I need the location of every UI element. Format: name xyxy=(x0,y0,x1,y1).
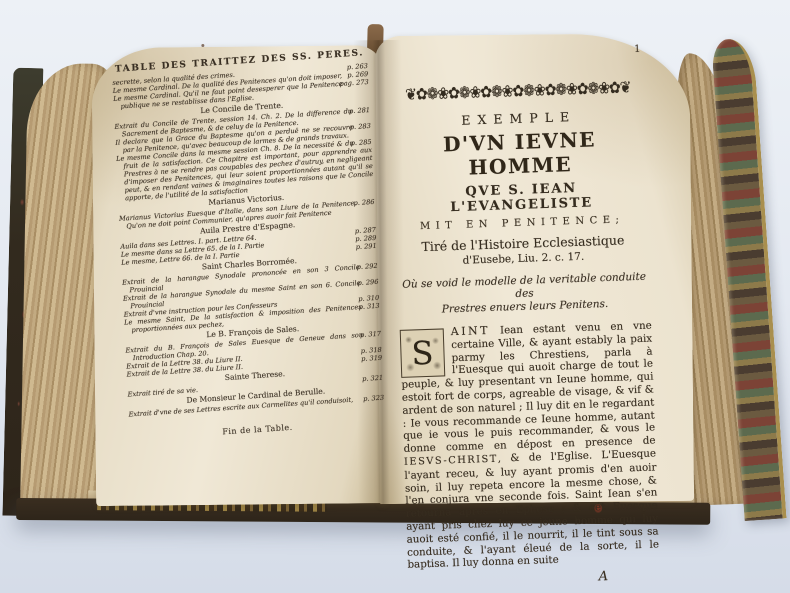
toc-page-number: p. 286 xyxy=(360,198,374,207)
signature-mark: A xyxy=(408,568,660,591)
toc-page-number: p. 319 xyxy=(368,354,382,363)
chapter-page: 1 ❦✿❁❀✿❁❀✿❁❀✿❁❀✿❁❀✿❁❀✿❦ EXEMPLE D'VN IEV… xyxy=(390,42,660,591)
title-line-3: QVE S. IEAN L'EVANGELISTE xyxy=(395,179,648,217)
table-of-contents: TABLE DES TRAITTEZ DES SS. PERES. p. 263… xyxy=(112,48,386,443)
photo-background: TABLE DES TRAITTEZ DES SS. PERES. p. 263… xyxy=(0,0,790,593)
lead-in-caps: AINT xyxy=(451,324,491,338)
page-number: 1 xyxy=(634,44,641,55)
title-line-4: MIT EN PENITENCE; xyxy=(396,214,648,233)
headpiece-ornament-icon: ❦✿❁❀✿❁❀✿❁❀✿❁❀✿❁❀✿❁❀✿❦ xyxy=(392,78,645,107)
toc-page-number: p. 281 xyxy=(356,106,370,115)
subtitle-line-2: Prestres enuers leurs Penitens. xyxy=(442,298,609,316)
toc-page-number: p. 292 xyxy=(363,262,377,271)
drop-cap: S xyxy=(400,328,446,377)
title-line-2: D'VN IEVNE HOMME xyxy=(393,126,646,182)
paper-speck xyxy=(201,44,204,47)
sacred-name: IESVS-CHRIST xyxy=(404,454,498,468)
toc-page-number: p. 296 xyxy=(364,278,378,287)
toc-page-number: p. 283 xyxy=(357,122,371,131)
toc-page-number: p. 317 xyxy=(367,330,381,339)
toc-page-number: p. 321 xyxy=(369,374,383,383)
open-book: TABLE DES TRAITTEZ DES SS. PERES. p. 263… xyxy=(0,0,790,593)
body-paragraph: SAINT Iean estant venu en vne certaine V… xyxy=(400,320,660,572)
toc-page-number: p. 323 xyxy=(370,394,384,403)
toc-page-number: p. 291 xyxy=(363,242,377,251)
toc-list: p. 263secrette, selon la qualité des cri… xyxy=(112,62,385,443)
toc-page-number: p. 313 xyxy=(365,302,379,311)
toc-page-number: pag. 273 xyxy=(346,78,368,87)
italic-subtitle: Où se void le modelle de la veritable co… xyxy=(398,271,651,318)
subtitle-line-1: Où se void le modelle de la veritable co… xyxy=(402,271,646,300)
